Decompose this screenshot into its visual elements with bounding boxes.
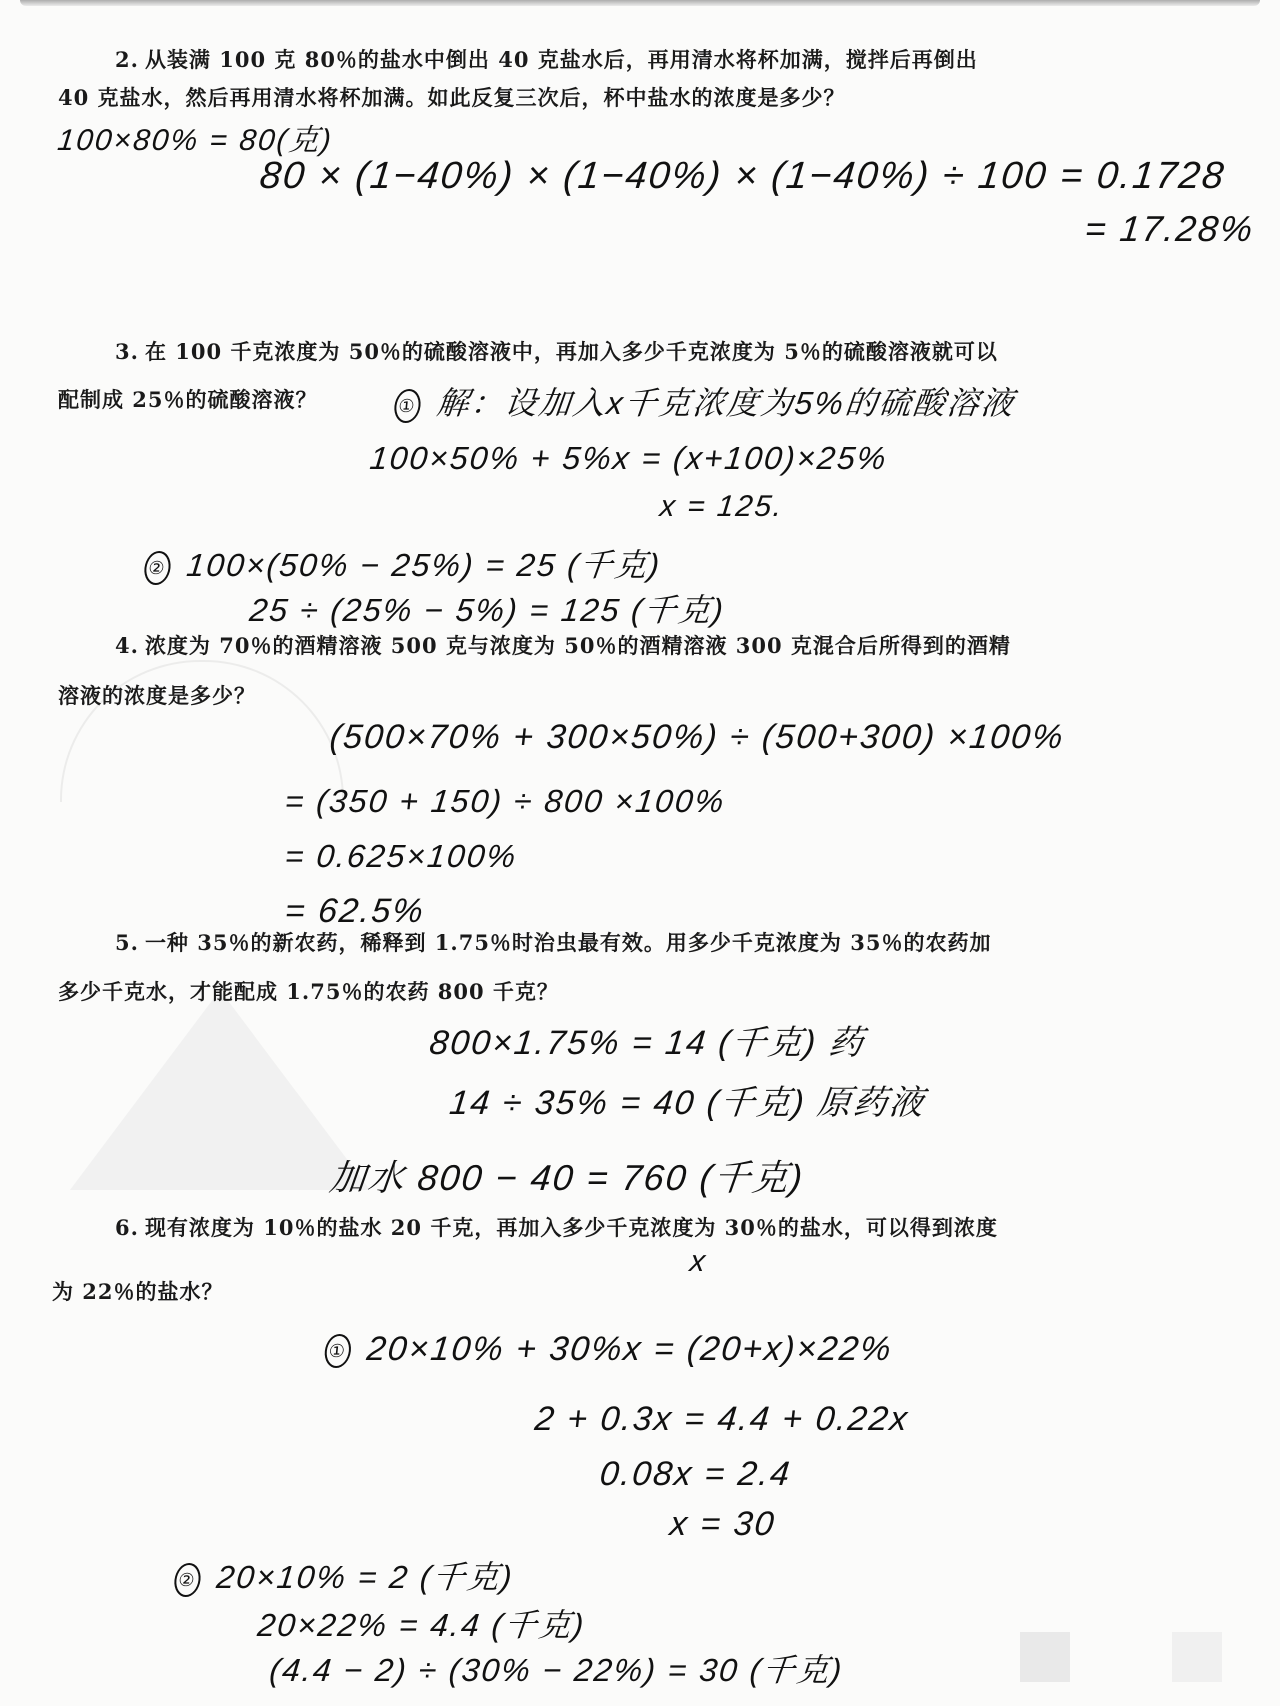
handwritten-work: x = 30 [668, 1505, 778, 1544]
watermark-block-1 [1020, 1632, 1070, 1682]
handwritten-work: 20×22% = 4.4 (千克) [256, 1600, 588, 1646]
handwritten-work: ②20×10% = 2 (千克) [173, 1552, 517, 1598]
problem-4: 4.浓度为 70％的酒精溶液 500 克与浓度为 50％的酒精溶液 300 克混… [115, 620, 1011, 672]
handwritten-work: = 17.28% [1083, 208, 1257, 250]
problem-3-line2: 配制成 25％的硫酸溶液？ [58, 374, 318, 426]
method-2-marker: ② [173, 1563, 203, 1597]
problem-number: 5. [115, 930, 139, 955]
problem-5-line2: 多少千克水，才能配成 1.75％的农药 800 千克？ [58, 966, 559, 1018]
handwritten-work: ②100×(50% − 25%) = 25 (千克) [143, 540, 664, 586]
handwritten-work: ①解：设加入x千克浓度为5%的硫酸溶液 [393, 378, 1018, 424]
work-line: 100×(50% − 25%) = 25 (千克) [185, 547, 663, 583]
handwritten-work: 800×1.75% = 14 (千克) 药 [427, 1015, 867, 1064]
handwritten-work: 2 + 0.3x = 4.4 + 0.22x [533, 1400, 911, 1439]
problem-5: 5.一种 35％的新农药，稀释到 1.75％时治虫最有效。用多少千克浓度为 35… [115, 917, 991, 969]
problem-number: 3. [115, 339, 139, 364]
method-1-marker: ① [323, 1334, 353, 1368]
handwritten-work: 100×50% + 5%x = (x+100)×25% [368, 440, 889, 477]
handwritten-work: (500×70% + 300×50%) ÷ (500+300) ×100% [328, 718, 1067, 757]
work-line: 20×10% + 30%x = (20+x)×22% [365, 1330, 894, 1368]
problem-number: 4. [115, 633, 139, 658]
problem-text-line1: 浓度为 70％的酒精溶液 500 克与浓度为 50％的酒精溶液 300 克混合后… [145, 633, 1011, 658]
handwritten-work: 0.08x = 2.4 [598, 1455, 793, 1494]
handwritten-work: = 0.625×100% [283, 838, 519, 875]
problem-text-line1: 从装满 100 克 80％的盐水中倒出 40 克盐水后，再用清水将杯加满，搅拌后… [145, 47, 978, 72]
bleed-triangle [70, 990, 370, 1190]
handwritten-work: 80 × (1−40%) × (1−40%) × (1−40%) ÷ 100 =… [258, 155, 1228, 198]
work-line: 解：设加入x千克浓度为5%的硫酸溶液 [435, 385, 1017, 421]
watermark-block-2 [1172, 1632, 1222, 1682]
handwritten-work: 100×80% = 80(克) [56, 115, 336, 159]
handwritten-work: 14 ÷ 35% = 40 (千克) 原药液 [447, 1075, 928, 1124]
handwritten-work: 加水 800 − 40 = 760 (千克) [327, 1150, 807, 1201]
handwritten-work: x = 125. [658, 490, 785, 524]
method-2-marker: ② [143, 551, 173, 585]
annotation-x: x [688, 1245, 709, 1279]
problem-text-line1: 一种 35％的新农药，稀释到 1.75％时治虫最有效。用多少千克浓度为 35％的… [145, 930, 992, 955]
work-line: 20×10% = 2 (千克) [215, 1559, 516, 1595]
handwritten-work: (4.4 − 2) ÷ (30% − 22%) = 30 (千克) [268, 1645, 846, 1691]
page-top-edge [20, 0, 1260, 6]
handwritten-work: ①20×10% + 30%x = (20+x)×22% [323, 1330, 895, 1369]
problem-text-line1: 现有浓度为 10％的盐水 20 千克，再加入多少千克浓度为 30％的盐水，可以得… [145, 1215, 998, 1240]
method-1-marker: ① [393, 389, 423, 423]
problem-6: 6.现有浓度为 10％的盐水 20 千克，再加入多少千克浓度为 30％的盐水，可… [115, 1202, 998, 1254]
problem-3: 3.在 100 千克浓度为 50％的硫酸溶液中，再加入多少千克浓度为 5％的硫酸… [115, 326, 998, 378]
problem-text-line1: 在 100 千克浓度为 50％的硫酸溶液中，再加入多少千克浓度为 5％的硫酸溶液… [145, 339, 998, 364]
problem-4-line2: 溶液的浓度是多少？ [58, 670, 256, 722]
problem-6-line2: 为 22％的盐水？ [52, 1266, 224, 1318]
handwritten-work: = (350 + 150) ÷ 800 ×100% [283, 783, 727, 820]
problem-number: 6. [115, 1215, 139, 1240]
problem-number: 2. [115, 47, 139, 72]
